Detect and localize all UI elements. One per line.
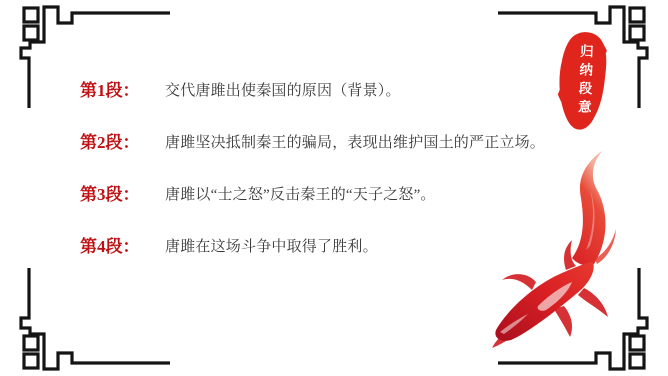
frame-corner-bottom-left-icon — [0, 266, 170, 376]
paragraph-label: 第4段： — [80, 236, 165, 258]
frame-corner-bottom-right-icon — [498, 266, 668, 376]
paragraph-label: 第1段： — [80, 80, 165, 102]
paragraph-summary-list: 第1段： 交代唐雎出使秦国的原因（背景）。 第2段： 唐雎坚决抵制秦王的骗局，表… — [80, 80, 560, 260]
paragraph-text: 唐雎以“士之怒”反击秦王的“天子之怒”。 — [165, 184, 436, 206]
paragraph-text: 唐雎在这场斗争中取得了胜利。 — [165, 236, 378, 258]
list-item: 第1段： 交代唐雎出使秦国的原因（背景）。 — [80, 80, 560, 104]
paragraph-label: 第2段： — [80, 132, 165, 154]
paragraph-text: 唐雎坚决抵制秦王的骗局，表现出维护国土的严正立场。 — [165, 132, 545, 154]
seal-title: 归纳段意 — [573, 44, 596, 119]
list-item: 第4段： 唐雎在这场斗争中取得了胜利。 — [80, 236, 560, 260]
presentation-slide: 归纳段意 第1段： 交代唐雎出使秦国的原因（背景）。 第2段： 唐雎坚决抵制秦王… — [0, 0, 668, 376]
list-item: 第2段： 唐雎坚决抵制秦王的骗局，表现出维护国土的严正立场。 — [80, 132, 560, 156]
paragraph-text: 交代唐雎出使秦国的原因（背景）。 — [165, 80, 401, 102]
paragraph-label: 第3段： — [80, 184, 165, 206]
list-item: 第3段： 唐雎以“士之怒”反击秦王的“天子之怒”。 — [80, 184, 560, 208]
